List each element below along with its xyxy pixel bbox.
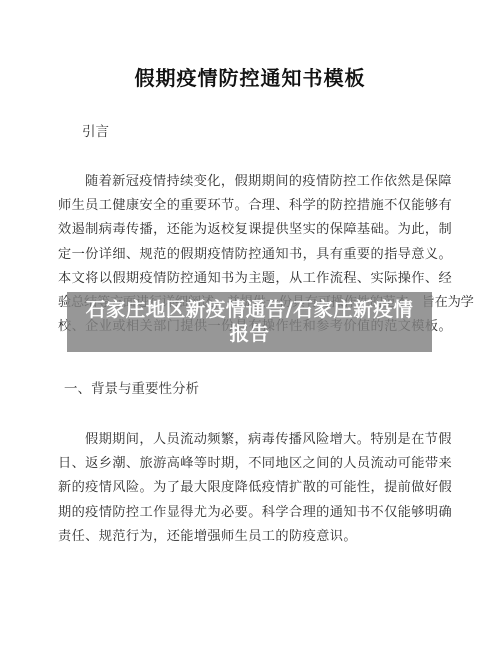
paragraph-line: 日、返乡潮、旅游高峰等时期，不同地区之间的人员流动可能带来 [58, 452, 442, 476]
paragraph-line: 效遏制病毒传播，还能为返校复课提供坚实的保障基础。为此，制 [58, 218, 442, 242]
paragraph-line: 新的疫情风险。为了最大限度降低疫情扩散的可能性，提前做好假 [58, 476, 442, 500]
paragraph-line: 定一份详细、规范的假期疫情防控通知书，具有重要的指导意义。 [58, 243, 442, 267]
paragraph-line: 本文将以假期疫情防控通知书为主题，从工作流程、实际操作、经 [58, 267, 442, 291]
section-heading-background: 一、背景与重要性分析 [64, 377, 199, 397]
document-page: 假期疫情防控通知书模板 引言 随着新冠疫情持续变化，假期期间的疫情防控工作依然是… [0, 0, 500, 647]
paragraph-line: 假期期间，人员流动频繁，病毒传播风险增大。特别是在节假 [58, 428, 442, 452]
background-paragraph: 假期期间，人员流动频繁，病毒传播风险增大。特别是在节假 日、返乡潮、旅游高峰等时… [58, 428, 442, 549]
caption-overlay-text: 石家庄地区新疫情通告/石家庄新疫情报告 [80, 298, 420, 346]
paragraph-line: 师生员工健康安全的重要环节。合理、科学的防控措施不仅能够有 [58, 194, 442, 218]
paragraph-line: 责任、规范行为，还能增强师生员工的防疫意识。 [58, 525, 442, 549]
document-title: 假期疫情防控通知书模板 [0, 62, 500, 91]
caption-overlay-banner: 石家庄地区新疫情通告/石家庄新疫情报告 [67, 292, 432, 352]
paragraph-line: 随着新冠疫情持续变化，假期期间的疫情防控工作依然是保障 [58, 170, 442, 194]
paragraph-line: 期的疫情防控工作显得尤为必要。科学合理的通知书不仅能够明确 [58, 501, 442, 525]
section-heading-intro: 引言 [82, 120, 109, 140]
